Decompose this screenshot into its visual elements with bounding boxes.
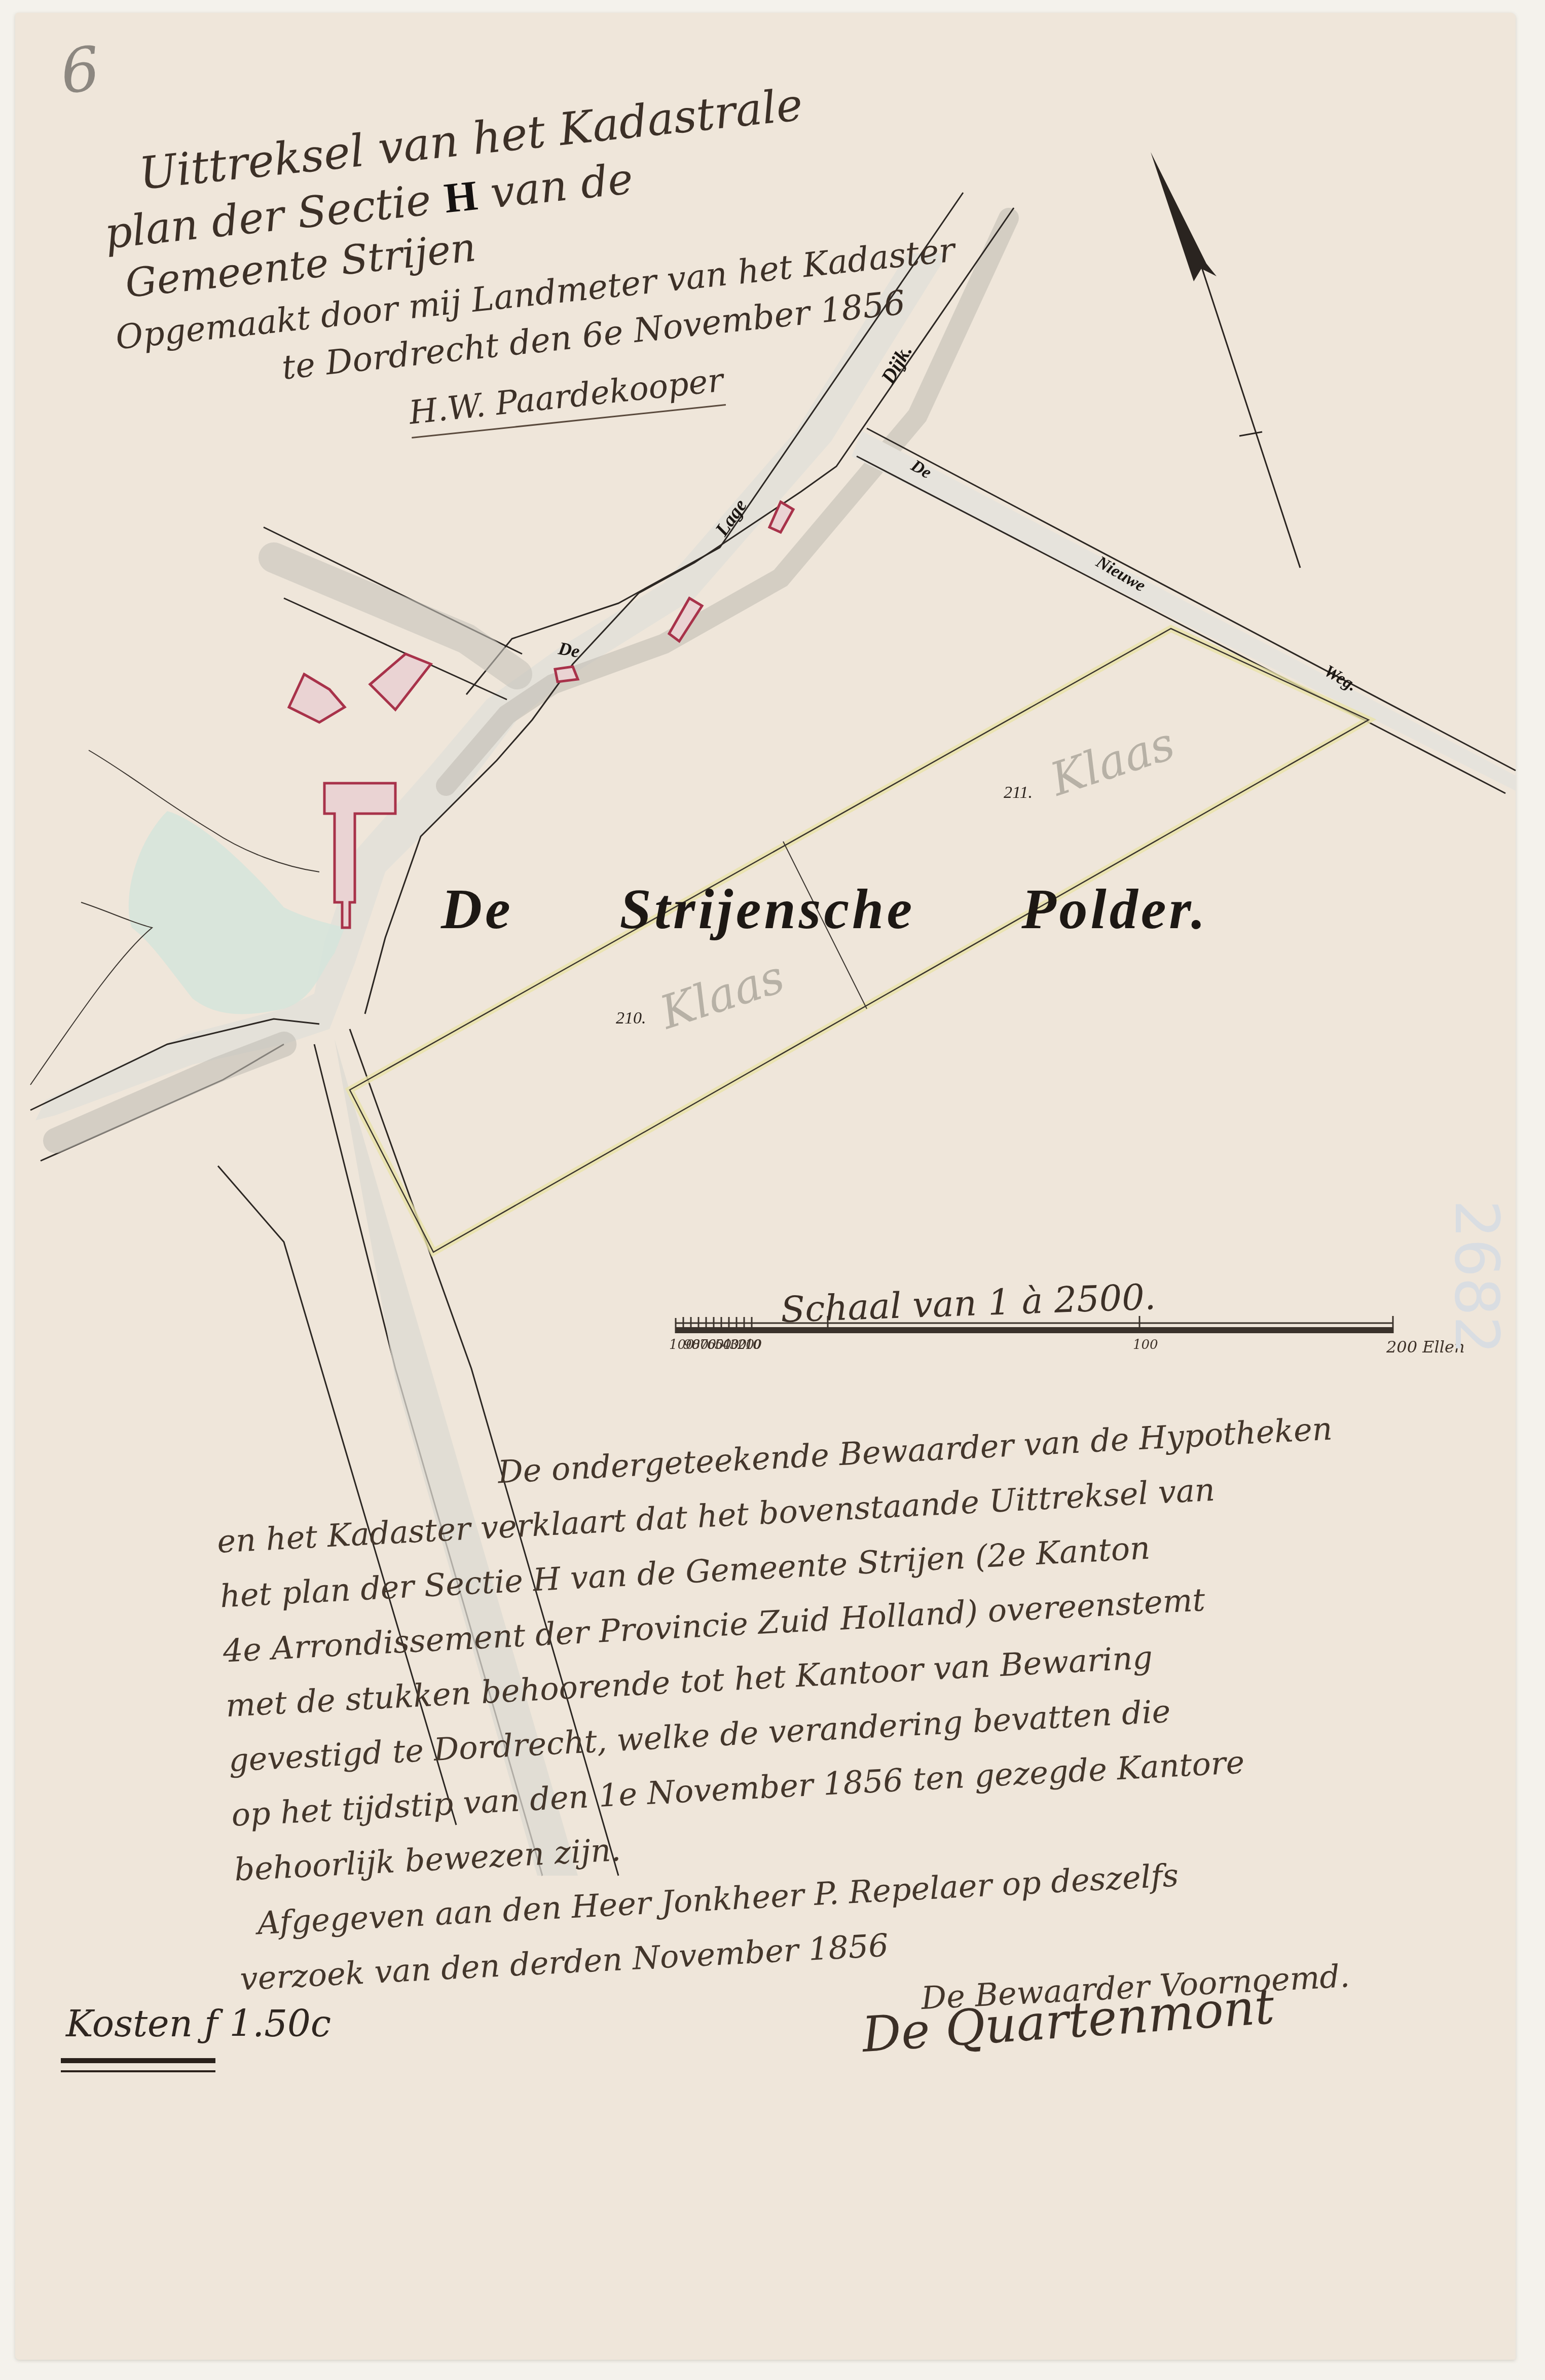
parcel-number-211: 211. bbox=[1004, 783, 1033, 802]
scale-tick-label-100: 100 bbox=[1133, 1337, 1158, 1352]
svg-text:De: De bbox=[557, 638, 581, 662]
polder-label-word-3: Polder. bbox=[1021, 878, 1208, 941]
costs-note: Kosten ƒ 1.50c bbox=[66, 2002, 331, 2045]
section-letter: H bbox=[442, 172, 480, 222]
road-nieuwe-weg bbox=[852, 428, 1516, 793]
scale-tick-label: 0 bbox=[753, 1337, 761, 1352]
costs-underline bbox=[61, 2058, 215, 2072]
page-number: 6 bbox=[57, 33, 103, 107]
polder-label-word-2: Strijensche bbox=[620, 878, 915, 941]
water-pond bbox=[129, 811, 345, 1014]
polder-label-word-1: De bbox=[441, 878, 513, 941]
margin-stamp: 2682 bbox=[1441, 1200, 1512, 1354]
title-line-2-post: van de bbox=[474, 154, 635, 219]
north-arrow-icon bbox=[1151, 152, 1300, 568]
page: De Lage Dijk. De Nieuwe Weg. bbox=[0, 0, 1545, 2380]
certificate-text: De ondergeteekende Bewaarder van de Hypo… bbox=[213, 1392, 1540, 2061]
parcel-number-210: 210. bbox=[616, 1009, 646, 1028]
polder-label: DeStrijenschePolder. bbox=[441, 877, 1208, 942]
